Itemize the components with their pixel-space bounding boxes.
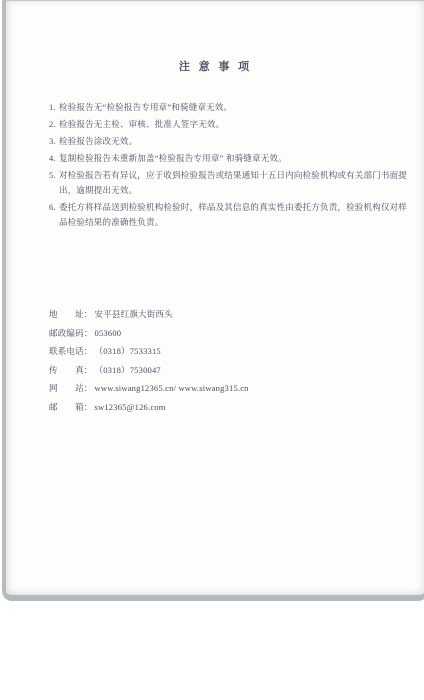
- list-item-number: 4.: [49, 151, 59, 166]
- contact-value: www.siwang12365.cn/ www.siwang315.cn: [93, 379, 249, 398]
- list-item-number: 5.: [49, 168, 59, 183]
- list-item-number: 2.: [49, 117, 59, 132]
- contact-value: sw12365@126.com: [93, 398, 166, 417]
- contact-block: 地 址： 安平县红旗大街西头 邮政编码： 053600 联系电话： （0318）…: [49, 305, 389, 417]
- contact-label: 网 站：: [49, 379, 93, 398]
- list-item-number: 6.: [49, 200, 59, 215]
- list-item-text: 复制检验报告未重新加盖“检验报告专用章” 和骑缝章无效。: [59, 151, 409, 166]
- contact-value: 053600: [93, 324, 122, 343]
- contact-value: （0318）7533315: [93, 342, 161, 361]
- contact-row-postcode: 邮政编码： 053600: [49, 324, 389, 343]
- list-item: 5. 对检验报告若有异议，应于收到检验报告或结果通知十五日内向检验机构或有关部门…: [49, 168, 409, 198]
- list-item: 6. 委托方将样品送到检验机构检验时，样品及其信息的真实性由委托方负责，检验机构…: [49, 200, 409, 230]
- contact-label: 地 址：: [49, 305, 93, 324]
- list-item-text: 委托方将样品送到检验机构检验时，样品及其信息的真实性由委托方负责，检验机构仅对样…: [59, 200, 409, 230]
- list-item: 2. 检验报告无主检、审核、批准人签字无效。: [49, 117, 409, 132]
- list-item-number: 1.: [49, 100, 59, 115]
- list-item-text: 检验报告无主检、审核、批准人签字无效。: [59, 117, 409, 132]
- list-item-number: 3.: [49, 134, 59, 149]
- contact-row-fax: 传 真： （0318）7530047: [49, 361, 389, 380]
- notes-list: 1. 检验报告无“检验报告专用章”和骑缝章无效。 2. 检验报告无主检、审核、批…: [49, 100, 409, 232]
- list-item: 3. 检验报告涂改无效。: [49, 134, 409, 149]
- list-item-text: 对检验报告若有异议，应于收到检验报告或结果通知十五日内向检验机构或有关部门书面提…: [59, 168, 409, 198]
- contact-row-website: 网 站： www.siwang12365.cn/ www.siwang315.c…: [49, 379, 389, 398]
- contact-row-email: 邮 箱： sw12365@126.com: [49, 398, 389, 417]
- list-item: 1. 检验报告无“检验报告专用章”和骑缝章无效。: [49, 100, 409, 115]
- contact-row-address: 地 址： 安平县红旗大街西头: [49, 305, 389, 324]
- page-title: 注 意 事 项: [6, 58, 424, 74]
- scanned-page: 注 意 事 项 1. 检验报告无“检验报告专用章”和骑缝章无效。 2. 检验报告…: [2, 0, 424, 601]
- list-item-text: 检验报告无“检验报告专用章”和骑缝章无效。: [59, 100, 409, 115]
- contact-label: 传 真：: [49, 361, 93, 380]
- contact-label: 邮 箱：: [49, 398, 93, 417]
- contact-row-phone: 联系电话： （0318）7533315: [49, 342, 389, 361]
- contact-label: 邮政编码：: [49, 324, 93, 343]
- contact-value: （0318）7530047: [93, 361, 161, 380]
- paper-surface: 注 意 事 项 1. 检验报告无“检验报告专用章”和骑缝章无效。 2. 检验报告…: [6, 1, 424, 595]
- list-item: 4. 复制检验报告未重新加盖“检验报告专用章” 和骑缝章无效。: [49, 151, 409, 166]
- contact-label: 联系电话：: [49, 342, 93, 361]
- contact-value: 安平县红旗大街西头: [93, 305, 173, 324]
- list-item-text: 检验报告涂改无效。: [59, 134, 409, 149]
